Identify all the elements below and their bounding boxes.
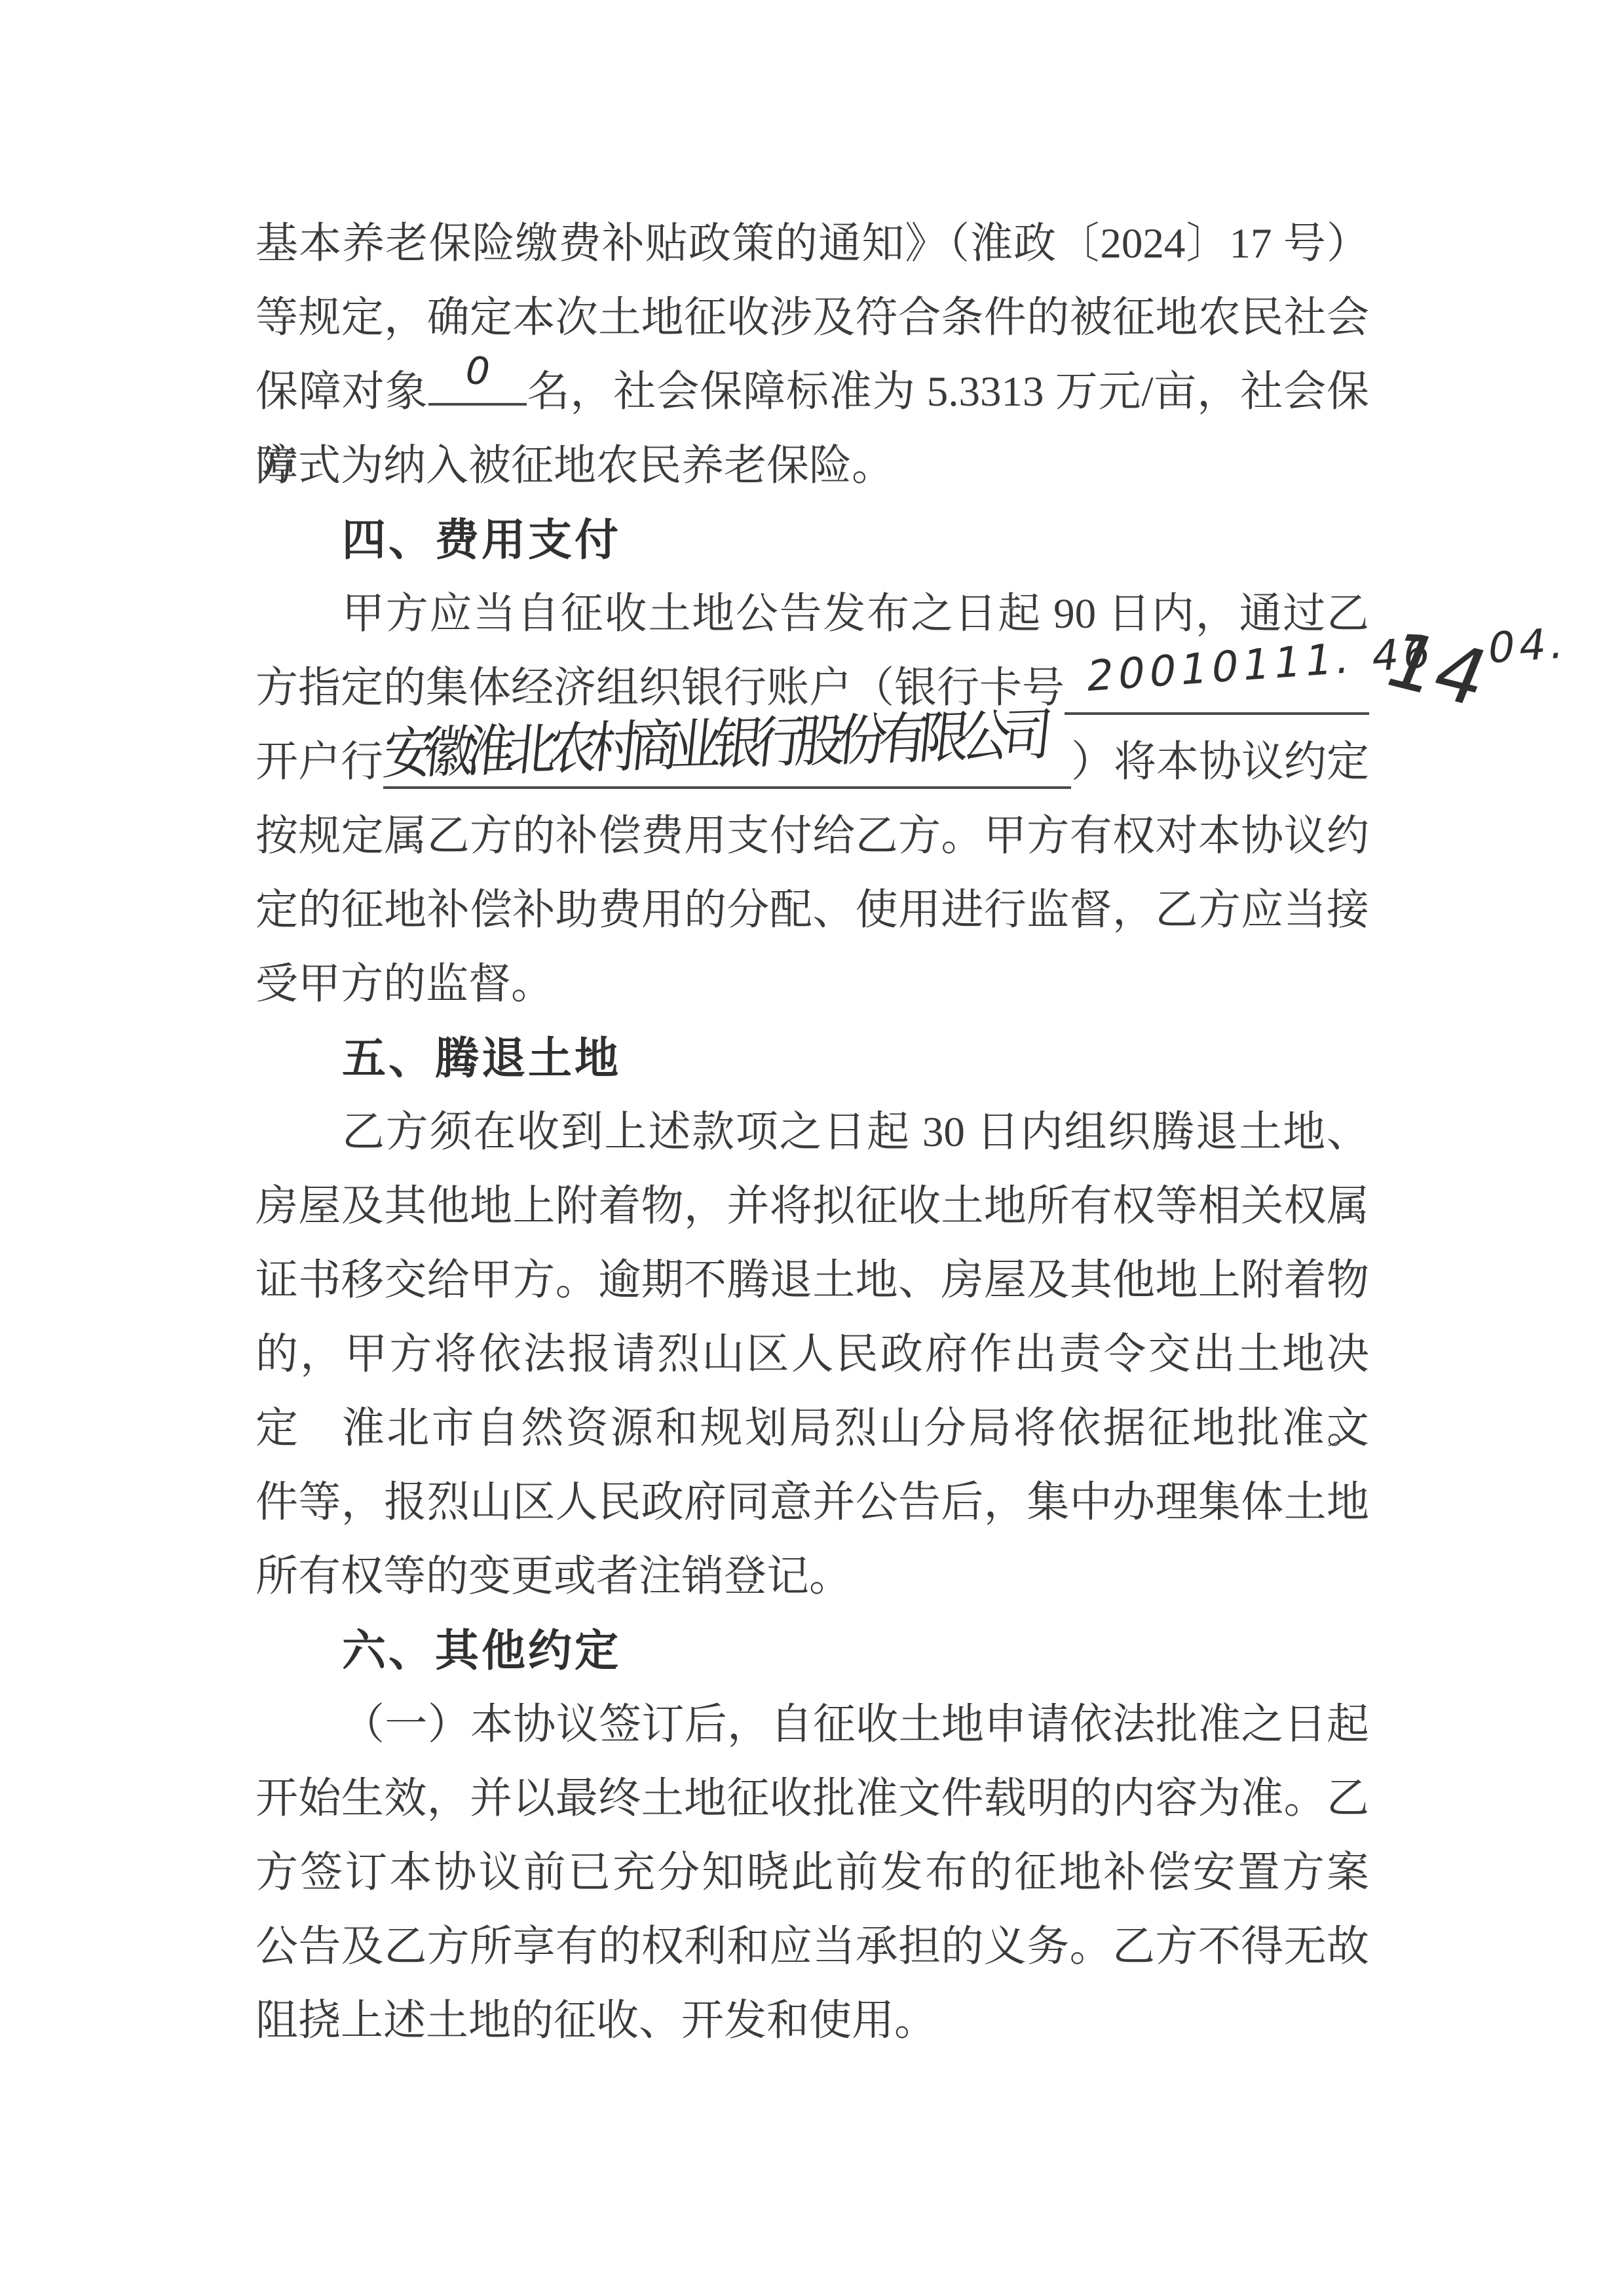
scanned-document-page: 基本养老保险缴费补贴政策的通知》（淮政〔2024〕17 号）等规定，确定本次土地… (0, 0, 1624, 2296)
line-payment-3: 开户行安徽淮北农村商业银行股份有限公司）将本协议约定 (255, 725, 1369, 799)
line-notice-ref: 基本养老保险缴费补贴政策的通知》（淮政〔2024〕17 号） (255, 207, 1369, 281)
body-text: 定的征地补偿补助费用的分配、使用进行监督，乙方应当接 (255, 887, 1369, 934)
body-text: 方签订本协议前已充分知晓此前发布的征地补偿安置方案 (255, 1849, 1369, 1896)
line-other-4: 公告及乙方所享有的权利和应当承担的义务。乙方不得无故 (255, 1910, 1369, 1984)
blank-security-count: 0 (428, 357, 527, 406)
body-text: 开始生效，并以最终土地征收批准文件载明的内容为准。乙 (255, 1775, 1369, 1822)
body-text: 开户行 (255, 725, 383, 799)
body-text: 件等，报烈山区人民政府同意并公告后，集中办理集体土地 (255, 1479, 1369, 1526)
line-registry-3: 所有权等的变更或者注销登记。 (255, 1540, 1369, 1614)
line-vacate-1: 乙方须在收到上述款项之日起 30 日内组织腾退土地、 (255, 1096, 1369, 1170)
document-lines: 基本养老保险缴费补贴政策的通知》（淮政〔2024〕17 号）等规定，确定本次土地… (255, 207, 1369, 2058)
line-vacate-2: 房屋及其他地上附着物，并将拟征收土地所有权等相关权属 (255, 1170, 1369, 1244)
body-text: 等规定，确定本次土地征收涉及符合条件的被征地农民社会 (255, 294, 1369, 341)
heading-section-4: 四、费用支付 (255, 503, 1369, 577)
section-4-title: 四、费用支付 (342, 516, 621, 565)
body-text: 甲方应当自征收土地公告发布之日起 90 日内，通过乙 (342, 590, 1369, 638)
blank-bank-branch: 安徽淮北农村商业银行股份有限公司 (383, 740, 1071, 789)
body-text: 受甲方的监督。 (255, 961, 554, 1008)
blank-bank-card-number: 20010111. 46 04. (1065, 666, 1369, 715)
body-text: 公告及乙方所享有的权利和应当承担的义务。乙方不得无故 (255, 1923, 1369, 1970)
line-provision: 等规定，确定本次土地征收涉及符合条件的被征地农民社会 (255, 281, 1369, 355)
line-payment-5: 定的征地补偿补助费用的分配、使用进行监督，乙方应当接 (255, 873, 1369, 947)
body-text: （一）本协议签订后，自征收土地申请依法批准之日起 (342, 1701, 1369, 1748)
body-text: 乙方须在收到上述款项之日起 30 日内组织腾退土地、 (342, 1109, 1369, 1156)
heading-section-5: 五、腾退土地 (255, 1022, 1369, 1096)
body-text: 淮北市自然资源和规划局烈山分局将依据征地批准文 (342, 1405, 1369, 1452)
heading-section-6: 六、其他约定 (255, 1614, 1369, 1688)
body-text: 方式为纳入被征地农民养老保险。 (255, 442, 894, 489)
body-text: 所有权等的变更或者注销登记。 (255, 1553, 852, 1600)
line-payment-1: 甲方应当自征收土地公告发布之日起 90 日内，通过乙 (255, 577, 1369, 651)
line-vacate-4: 的，甲方将依法报请烈山区人民政府作出责令交出土地决定。 (255, 1318, 1369, 1392)
line-payment-2: 方指定的集体经济组织银行账户（银行卡号20010111. 46 04. (255, 651, 1369, 725)
line-other-1: （一）本协议签订后，自征收土地申请依法批准之日起 (255, 1688, 1369, 1762)
line-security-standard: 保障对象0名，社会保障标准为 5.3313 万元/亩，社会保障 (255, 355, 1369, 429)
line-payment-4: 按规定属乙方的补偿费用支付给乙方。甲方有权对本协议约 (255, 799, 1369, 873)
line-other-2: 开始生效，并以最终土地征收批准文件载明的内容为准。乙 (255, 1762, 1369, 1836)
line-registry-1: 淮北市自然资源和规划局烈山分局将依据征地批准文 (255, 1392, 1369, 1466)
handwritten-margin-note: 14 (1372, 615, 1501, 723)
line-other-3: 方签订本协议前已充分知晓此前发布的征地补偿安置方案 (255, 1836, 1369, 1910)
body-text: 基本养老保险缴费补贴政策的通知》（淮政〔2024〕17 号） (255, 220, 1369, 267)
body-text: 方指定的集体经济组织银行账户（银行卡号 (255, 651, 1065, 725)
body-text: ）将本协议约定 (1071, 725, 1369, 799)
body-text: 房屋及其他地上附着物，并将拟征收土地所有权等相关权属 (255, 1183, 1369, 1230)
line-registry-2: 件等，报烈山区人民政府同意并公告后，集中办理集体土地 (255, 1466, 1369, 1540)
line-vacate-3: 证书移交给甲方。逾期不腾退土地、房屋及其他地上附着物 (255, 1244, 1369, 1318)
body-text: 保障对象 (255, 368, 428, 415)
line-other-5: 阻挠上述土地的征收、开发和使用。 (255, 1984, 1369, 2058)
line-payment-6: 受甲方的监督。 (255, 947, 1369, 1022)
body-text: 证书移交给甲方。逾期不腾退土地、房屋及其他地上附着物 (255, 1257, 1369, 1304)
body-text: 阻挠上述土地的征收、开发和使用。 (255, 1997, 937, 2044)
body-text: 按规定属乙方的补偿费用支付给乙方。甲方有权对本协议约 (255, 813, 1369, 860)
line-security-method: 方式为纳入被征地农民养老保险。 (255, 429, 1369, 503)
section-5-title: 五、腾退土地 (342, 1034, 621, 1083)
section-6-title: 六、其他约定 (342, 1626, 621, 1675)
